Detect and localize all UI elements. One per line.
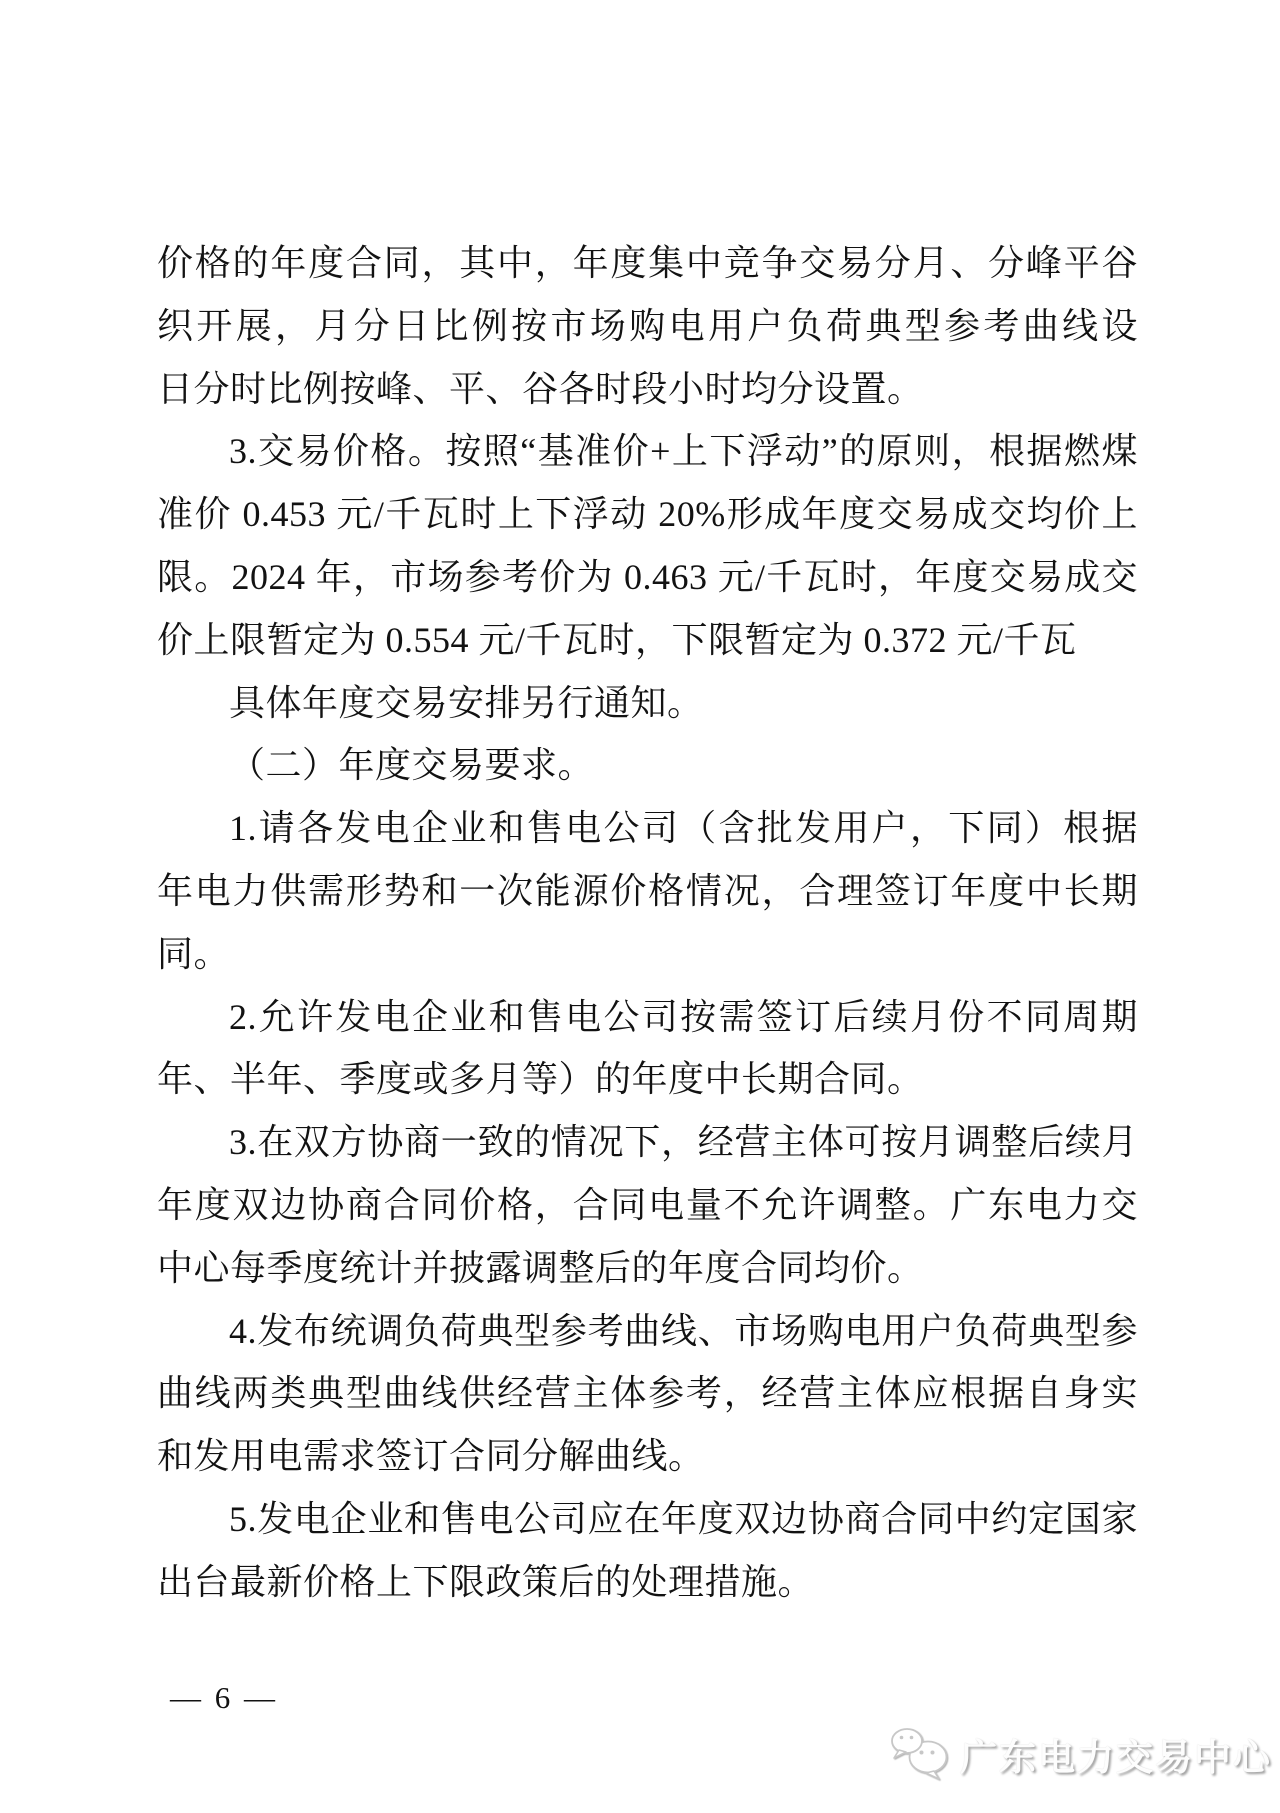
document-page: 价格的年度合同，其中，年度集中竞争交易分月、分峰平谷组 织开展，月分日比例按市场… bbox=[0, 0, 1280, 1813]
text-line: 价上限暂定为 0.554 元/千瓦时，下限暂定为 0.372 元/千瓦时。 bbox=[157, 609, 1138, 672]
page-number: — 6 — bbox=[170, 1680, 278, 1716]
text-line: 4.发布统调负荷典型参考曲线、市场购电用户负荷典型参考 bbox=[157, 1300, 1138, 1363]
publisher-watermark: 广东电力交易中心 bbox=[890, 1727, 1272, 1781]
text-line: 年电力供需形势和一次能源价格情况，合理签订年度中长期合 bbox=[157, 860, 1138, 923]
text-line: 2.允许发电企业和售电公司按需签订后续月份不同周期（如 bbox=[157, 986, 1138, 1049]
text-line: 织开展，月分日比例按市场购电用户负荷典型参考曲线设置， bbox=[157, 295, 1138, 358]
text-line: 限。2024 年，市场参考价为 0.463 元/千瓦时，年度交易成交均 bbox=[157, 546, 1138, 609]
text-line: 3.交易价格。按照“基准价+上下浮动”的原则，根据燃煤基 bbox=[157, 420, 1138, 483]
text-line: 准价 0.453 元/千瓦时上下浮动 20%形成年度交易成交均价上下 bbox=[157, 483, 1138, 546]
document-body: 价格的年度合同，其中，年度集中竞争交易分月、分峰平谷组 织开展，月分日比例按市场… bbox=[157, 232, 1138, 1614]
text-line: 曲线两类典型曲线供经营主体参考，经营主体应根据自身实际 bbox=[157, 1362, 1138, 1425]
watermark-label: 广东电力交易中心 bbox=[960, 1727, 1272, 1781]
text-line: 1.请各发电企业和售电公司（含批发用户，下同）根据 2024 bbox=[157, 797, 1138, 860]
text-line: 3.在双方协商一致的情况下，经营主体可按月调整后续月份 bbox=[157, 1111, 1138, 1174]
text-line: 价格的年度合同，其中，年度集中竞争交易分月、分峰平谷组 bbox=[157, 232, 1138, 295]
text-line: 和发用电需求签订合同分解曲线。 bbox=[157, 1425, 1138, 1488]
text-line: （二）年度交易要求。 bbox=[157, 734, 1138, 797]
text-line: 出台最新价格上下限政策后的处理措施。 bbox=[157, 1551, 1138, 1614]
wechat-icon bbox=[890, 1728, 952, 1780]
text-line: 日分时比例按峰、平、谷各时段小时均分设置。 bbox=[157, 358, 1138, 421]
text-line: 5.发电企业和售电公司应在年度双边协商合同中约定国家 bbox=[157, 1488, 1138, 1551]
text-line: 年度双边协商合同价格，合同电量不允许调整。广东电力交易 bbox=[157, 1174, 1138, 1237]
text-line: 具体年度交易安排另行通知。 bbox=[157, 672, 1138, 735]
text-line: 年、半年、季度或多月等）的年度中长期合同。 bbox=[157, 1048, 1138, 1111]
text-line: 同。 bbox=[157, 923, 1138, 986]
text-line: 中心每季度统计并披露调整后的年度合同均价。 bbox=[157, 1237, 1138, 1300]
